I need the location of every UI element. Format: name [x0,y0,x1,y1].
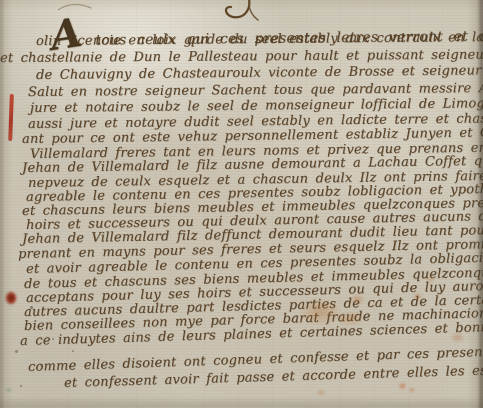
red-crayon-mark [8,94,14,141]
paper-speck [20,385,22,387]
rust-stain [316,389,326,396]
rust-stain [398,382,407,390]
green-fiber-speck [5,388,12,392]
rust-stain [409,387,415,393]
paper-speck [72,350,74,352]
ink-blot-stain [5,291,17,305]
paper-speck [15,350,18,353]
manuscript-photo: Atous ceulx qui ces presentes letres ver… [0,0,483,408]
